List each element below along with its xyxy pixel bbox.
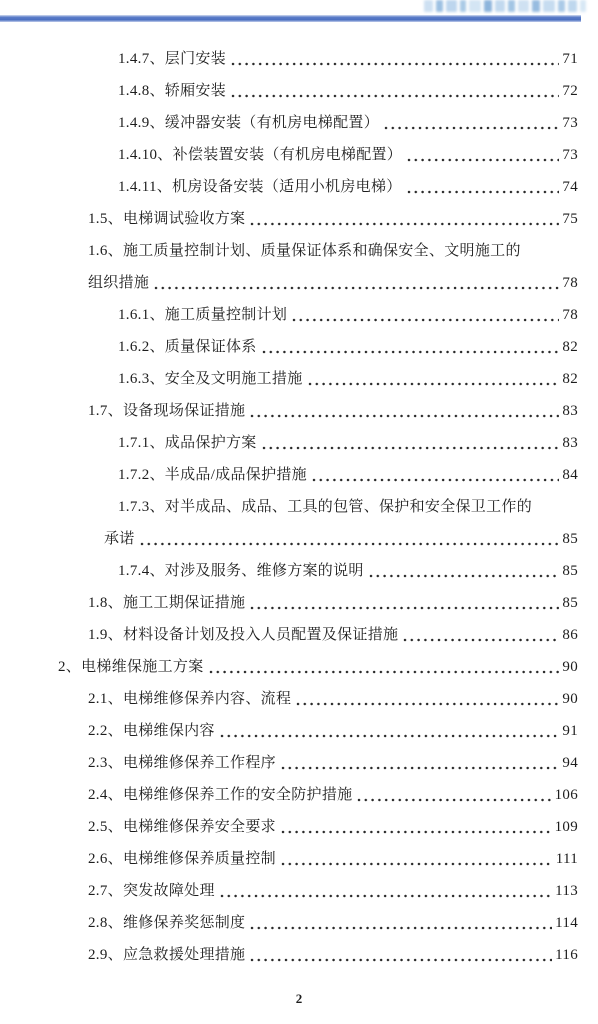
toc-entry[interactable]: 1.7.2、半成品/成品保护措施 84 <box>0 456 598 488</box>
dot-leader <box>369 574 560 578</box>
toc-entry-title: 1.6.2、质量保证体系 <box>118 340 257 355</box>
dot-leader <box>250 222 559 226</box>
toc-entry[interactable]: 1.7.1、成品保护方案 83 <box>0 424 598 456</box>
dot-leader <box>231 62 559 66</box>
toc-entry-page-number: 85 <box>562 564 578 579</box>
toc-entry[interactable]: 2.7、突发故障处理 113 <box>0 872 598 904</box>
toc-entry-page-number: 116 <box>555 948 578 963</box>
toc-entry-title: 2.7、突发故障处理 <box>88 884 215 899</box>
toc-entry[interactable]: 1.7.4、对涉及服务、维修方案的说明 85 <box>0 552 598 584</box>
dot-leader <box>296 702 559 706</box>
toc-entry-title: 1.6.3、安全及文明施工措施 <box>118 372 303 387</box>
toc-entry-page-number: 85 <box>562 596 578 611</box>
toc-entry-page-number: 113 <box>555 884 578 899</box>
toc-entry-title: 1.5、电梯调试验收方案 <box>88 212 245 227</box>
toc-entry-page-number: 72 <box>562 84 578 99</box>
dot-leader <box>231 94 559 98</box>
toc-entry[interactable]: 承诺 85 <box>0 520 598 552</box>
toc-entry[interactable]: 1.6.3、安全及文明施工措施 82 <box>0 360 598 392</box>
dot-leader <box>292 318 559 322</box>
toc-entry-page-number: 74 <box>562 180 578 195</box>
toc-entry-page-number: 83 <box>562 404 578 419</box>
page-number-footer: 2 <box>0 991 598 1007</box>
toc-entry-title: 2.8、维修保养奖惩制度 <box>88 916 245 931</box>
toc-entry[interactable]: 1.4.10、补偿装置安装（有机房电梯配置） 73 <box>0 136 598 168</box>
toc-entry[interactable]: 1.9、材料设备计划及投入人员配置及保证措施 86 <box>0 616 598 648</box>
toc-entry-page-number: 111 <box>556 852 578 867</box>
toc-entry-title: 2.9、应急救援处理措施 <box>88 948 245 963</box>
header-divider <box>0 15 581 22</box>
dot-leader <box>220 894 552 898</box>
dot-leader <box>154 286 559 290</box>
toc-entry-title: 1.7、设备现场保证措施 <box>88 404 245 419</box>
toc-entry-page-number: 83 <box>562 436 578 451</box>
toc-entry-title: 1.4.10、补偿装置安装（有机房电梯配置） <box>118 148 402 163</box>
dot-leader <box>407 190 560 194</box>
dot-leader <box>250 958 552 962</box>
watermark-block <box>532 0 540 12</box>
dot-leader <box>262 350 560 354</box>
watermark-block <box>558 0 565 12</box>
toc-entry[interactable]: 2.5、电梯维修保养安全要求 109 <box>0 808 598 840</box>
watermark-block <box>446 0 457 12</box>
toc-entry[interactable]: 2.2、电梯维保内容 91 <box>0 712 598 744</box>
watermark-block <box>580 0 586 12</box>
toc-entry[interactable]: 1.6.1、施工质量控制计划 78 <box>0 296 598 328</box>
toc-entry-title: 1.7.4、对涉及服务、维修方案的说明 <box>118 564 364 579</box>
watermark-block <box>495 0 505 12</box>
toc-entry-page-number: 86 <box>562 628 578 643</box>
toc-entry-title: 2.6、电梯维修保养质量控制 <box>88 852 276 867</box>
toc-entry[interactable]: 1.4.9、缓冲器安装（有机房电梯配置） 73 <box>0 104 598 136</box>
toc-entry[interactable]: 1.7.3、对半成品、成品、工具的包管、保护和安全保卫工作的 <box>0 488 598 520</box>
toc-entry-title: 1.4.11、机房设备安装（适用小机房电梯） <box>118 180 402 195</box>
toc-entry[interactable]: 1.4.7、层门安装 71 <box>0 40 598 72</box>
dot-leader <box>312 478 559 482</box>
toc-entry-page-number: 82 <box>562 372 578 387</box>
toc-entry[interactable]: 1.4.8、轿厢安装 72 <box>0 72 598 104</box>
toc-entry-page-number: 78 <box>562 308 578 323</box>
watermark-block <box>460 0 466 12</box>
toc-entry-page-number: 75 <box>562 212 578 227</box>
toc-entry-title: 组织措施 <box>88 276 149 291</box>
toc-entry-page-number: 85 <box>562 532 578 547</box>
dot-leader <box>403 638 559 642</box>
watermark-block <box>436 0 443 12</box>
watermark-block <box>518 0 529 12</box>
toc-entry[interactable]: 2.1、电梯维修保养内容、流程 90 <box>0 680 598 712</box>
toc-entry-title: 承诺 <box>104 532 135 547</box>
dot-leader <box>357 798 551 802</box>
toc-entry-title: 1.4.8、轿厢安装 <box>118 84 226 99</box>
toc-entry-title: 1.6.1、施工质量控制计划 <box>118 308 287 323</box>
dot-leader <box>384 126 559 130</box>
dot-leader <box>140 542 560 546</box>
toc-entry-page-number: 90 <box>562 692 578 707</box>
toc-entry-page-number: 109 <box>555 820 578 835</box>
table-of-contents: 1.4.7、层门安装 71 1.4.8、轿厢安装 72 1.4.9、缓冲器安装（… <box>0 40 598 968</box>
watermark-block <box>568 0 577 12</box>
toc-entry[interactable]: 2.8、维修保养奖惩制度 114 <box>0 904 598 936</box>
toc-entry-page-number: 106 <box>555 788 578 803</box>
toc-entry[interactable]: 组织措施 78 <box>0 264 598 296</box>
toc-entry-title: 1.7.1、成品保护方案 <box>118 436 257 451</box>
dot-leader <box>250 926 552 930</box>
watermark-block <box>484 0 492 12</box>
toc-entry-title: 2、电梯维保施工方案 <box>58 660 204 675</box>
dot-leader <box>308 382 560 386</box>
toc-entry-page-number: 84 <box>562 468 578 483</box>
toc-entry-page-number: 73 <box>562 116 578 131</box>
dot-leader <box>281 766 559 770</box>
dot-leader <box>281 830 552 834</box>
toc-entry-page-number: 90 <box>562 660 578 675</box>
toc-entry-page-number: 82 <box>562 340 578 355</box>
toc-entry-title: 1.8、施工工期保证措施 <box>88 596 245 611</box>
header-watermark <box>424 0 586 13</box>
toc-entry-page-number: 114 <box>555 916 578 931</box>
toc-entry-title: 1.6、施工质量控制计划、质量保证体系和确保安全、文明施工的 <box>88 244 521 259</box>
toc-entry-title: 1.7.2、半成品/成品保护措施 <box>118 468 307 483</box>
toc-entry[interactable]: 2.4、电梯维修保养工作的安全防护措施 106 <box>0 776 598 808</box>
toc-entry[interactable]: 1.5、电梯调试验收方案 75 <box>0 200 598 232</box>
toc-entry[interactable]: 1.8、施工工期保证措施 85 <box>0 584 598 616</box>
dot-leader <box>250 606 559 610</box>
toc-entry-title: 2.4、电梯维修保养工作的安全防护措施 <box>88 788 352 803</box>
toc-entry-title: 2.2、电梯维保内容 <box>88 724 215 739</box>
toc-entry-title: 2.5、电梯维修保养安全要求 <box>88 820 276 835</box>
toc-entry[interactable]: 2.6、电梯维修保养质量控制 111 <box>0 840 598 872</box>
watermark-block <box>508 0 515 12</box>
watermark-block <box>469 0 481 12</box>
dot-leader <box>281 862 553 866</box>
toc-entry-title: 1.4.7、层门安装 <box>118 52 226 67</box>
dot-leader <box>250 414 559 418</box>
watermark-block <box>424 0 433 12</box>
toc-entry[interactable]: 1.6.2、质量保证体系 82 <box>0 328 598 360</box>
toc-entry-page-number: 71 <box>562 52 578 67</box>
document-page: 1.4.7、层门安装 71 1.4.8、轿厢安装 72 1.4.9、缓冲器安装（… <box>0 0 598 1024</box>
toc-entry[interactable]: 1.6、施工质量控制计划、质量保证体系和确保安全、文明施工的 <box>0 232 598 264</box>
watermark-block <box>543 0 555 12</box>
toc-entry-page-number: 73 <box>562 148 578 163</box>
toc-entry[interactable]: 2.9、应急救援处理措施 116 <box>0 936 598 968</box>
toc-entry-page-number: 78 <box>562 276 578 291</box>
toc-entry[interactable]: 2.3、电梯维修保养工作程序 94 <box>0 744 598 776</box>
toc-entry-title: 1.7.3、对半成品、成品、工具的包管、保护和安全保卫工作的 <box>118 500 532 515</box>
dot-leader <box>262 446 560 450</box>
toc-entry[interactable]: 2、电梯维保施工方案 90 <box>0 648 598 680</box>
toc-entry-title: 1.9、材料设备计划及投入人员配置及保证措施 <box>88 628 398 643</box>
toc-entry-title: 1.4.9、缓冲器安装（有机房电梯配置） <box>118 116 379 131</box>
dot-leader <box>209 670 560 674</box>
toc-entry[interactable]: 1.7、设备现场保证措施 83 <box>0 392 598 424</box>
toc-entry-page-number: 94 <box>562 756 578 771</box>
dot-leader <box>220 734 560 738</box>
toc-entry-page-number: 91 <box>562 724 578 739</box>
toc-entry-title: 2.1、电梯维修保养内容、流程 <box>88 692 291 707</box>
toc-entry-title: 2.3、电梯维修保养工作程序 <box>88 756 276 771</box>
toc-entry[interactable]: 1.4.11、机房设备安装（适用小机房电梯） 74 <box>0 168 598 200</box>
dot-leader <box>407 158 559 162</box>
